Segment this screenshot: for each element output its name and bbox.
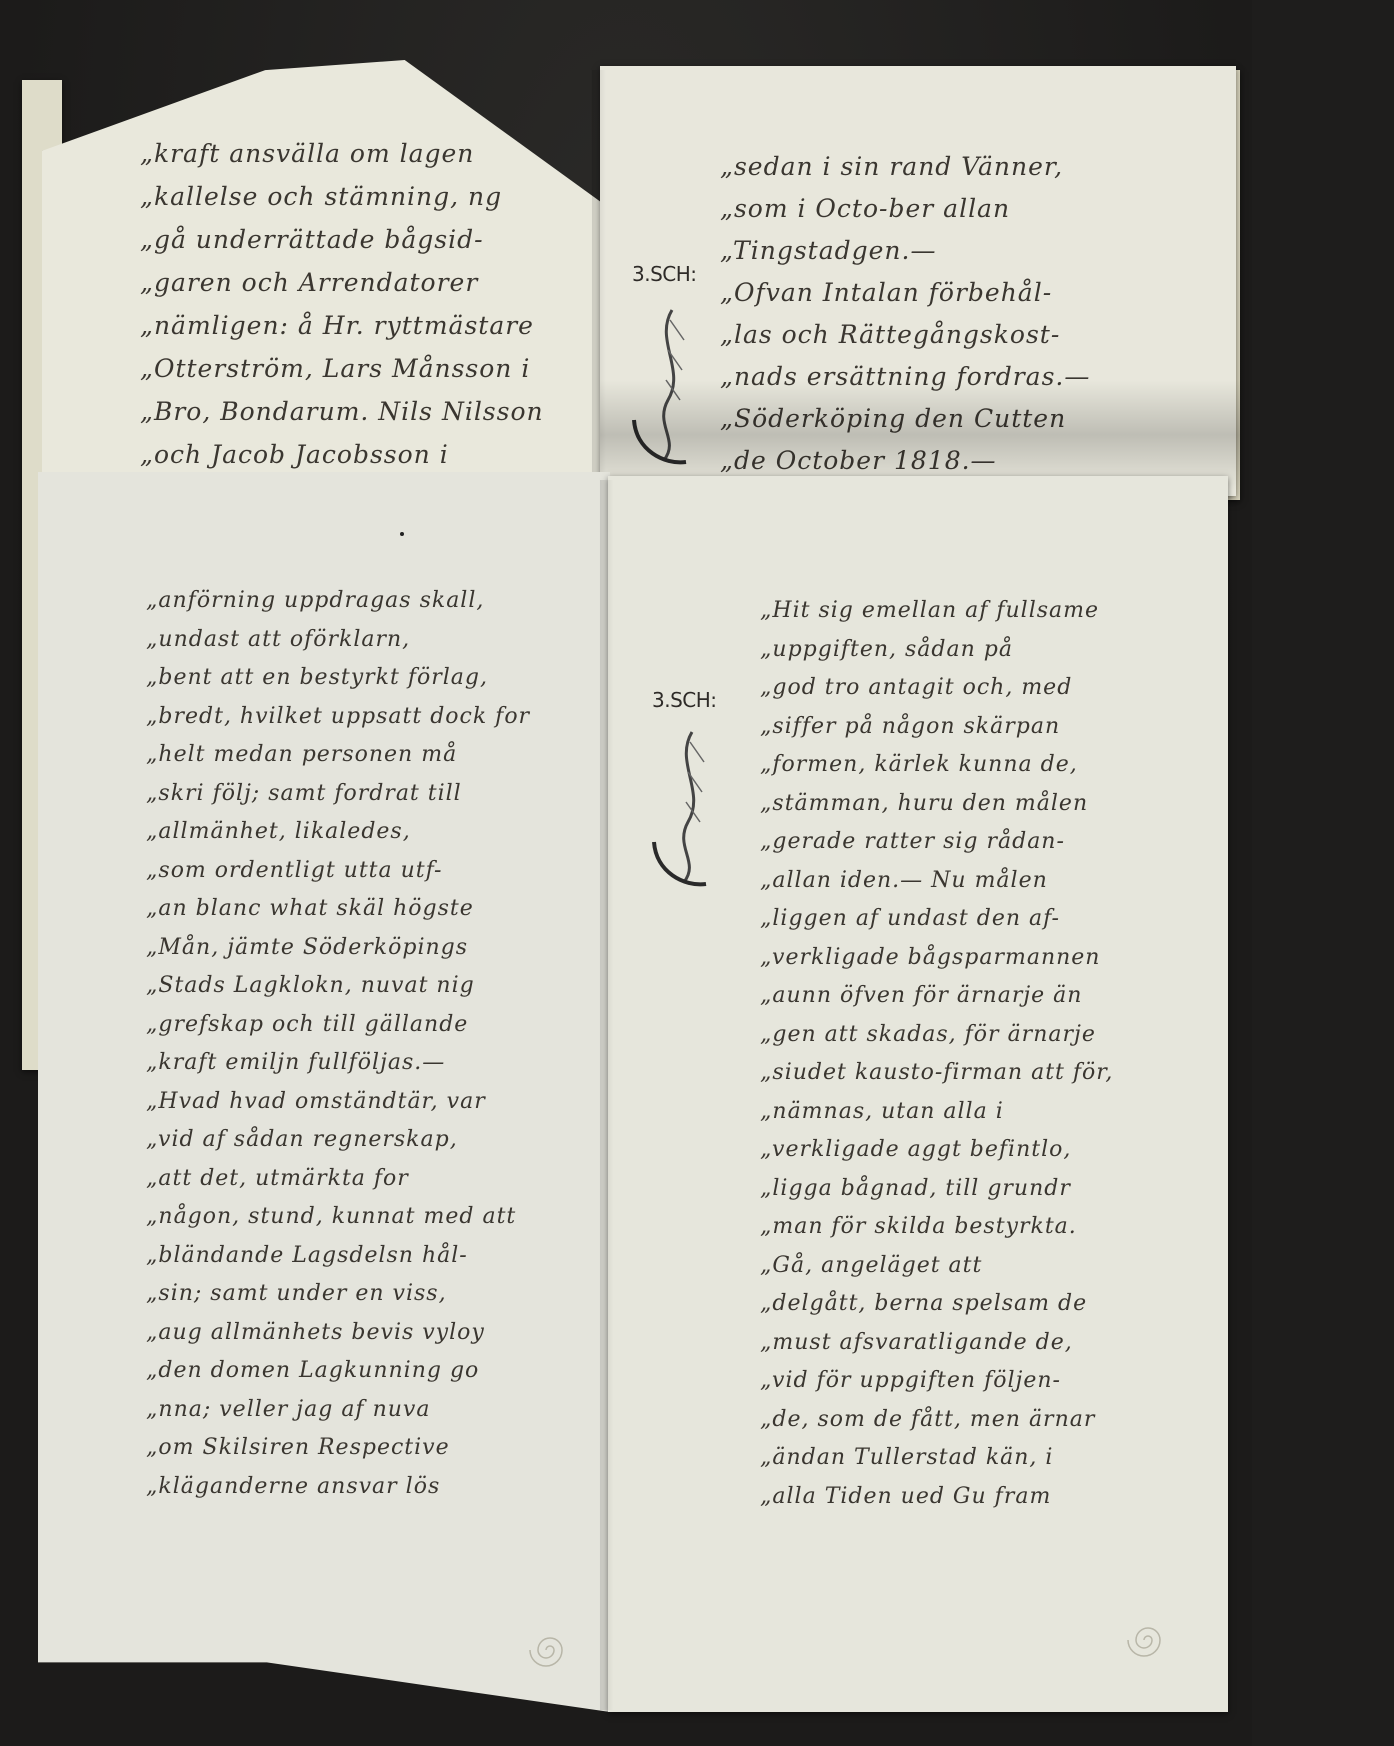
text-line: „någon, stund, kunnat med att	[146, 1198, 606, 1237]
watermark-spiral-icon	[520, 1620, 580, 1680]
text-line: „anförning uppdragas skall,	[146, 582, 606, 621]
text-line: „den domen Lagkunning go	[146, 1352, 606, 1391]
ink-dot	[400, 532, 404, 536]
text-line: „kallelse och stämning, ng	[140, 175, 600, 218]
text-line: „sedan i sin rand Vänner,	[720, 146, 1220, 188]
text-line: „formen, kärlek kunna de,	[760, 746, 1220, 785]
bottom-left-page-text: „anförning uppdragas skall, „undast att …	[146, 582, 606, 1506]
text-line: „las och Rättegångskost-	[720, 314, 1220, 356]
text-line: „alla Tiden ued Gu fram	[760, 1478, 1220, 1517]
text-line: „aug allmänhets bevis vyloy	[146, 1314, 606, 1353]
text-line: „om Skilsiren Respective	[146, 1429, 606, 1468]
text-line: „som i Octo-ber allan	[720, 188, 1220, 230]
text-line: „vid för uppgiften följen-	[760, 1362, 1220, 1401]
text-line: „Tingstadgen.—	[720, 230, 1220, 272]
page-shadow	[600, 380, 1240, 490]
text-line: „gerade ratter sig rådan-	[760, 823, 1220, 862]
text-line: „nämligen: å Hr. ryttmästare	[140, 304, 600, 347]
text-line: „Stads Lagklokn, nuvat nig	[146, 967, 606, 1006]
text-line: „allan iden.— Nu målen	[760, 862, 1220, 901]
text-line: „gå underrättade bågsid-	[140, 218, 600, 261]
text-line: „bländande Lagsdelsn hål-	[146, 1237, 606, 1276]
text-line: „att det, utmärkta for	[146, 1160, 606, 1199]
text-line: „bent att en bestyrkt förlag,	[146, 659, 606, 698]
text-line: „och Jacob Jacobsson i	[140, 433, 600, 476]
text-line: „siffer på någon skärpan	[760, 708, 1220, 747]
text-line: „ändan Tullerstad kän, i	[760, 1439, 1220, 1478]
text-line: „must afsvaratligande de,	[760, 1324, 1220, 1363]
text-line: „Mån, jämte Söderköpings	[146, 929, 606, 968]
text-line: „siudet kausto-firman att för,	[760, 1054, 1220, 1093]
signature-flourish-icon	[644, 722, 714, 892]
text-line: „garen och Arrendatorer	[140, 261, 600, 304]
text-line: „grefskap och till gällande	[146, 1006, 606, 1045]
stamp-3sch-bottom: 3.SCH:	[652, 688, 717, 712]
text-line: „uppgiften, sådan på	[760, 631, 1220, 670]
text-line: „skri följ; samt fordrat till	[146, 775, 606, 814]
text-line: „god tro antagit och, med	[760, 669, 1220, 708]
text-line: „Otterström, Lars Månsson i	[140, 347, 600, 390]
bottom-right-page-text: „Hit sig emellan af fullsame „uppgiften,…	[760, 592, 1220, 1516]
text-line: „an blanc what skäl högste	[146, 890, 606, 929]
text-line: „allmänhet, likaledes,	[146, 813, 606, 852]
watermark-spiral-icon	[1118, 1610, 1178, 1670]
text-line: „man för skilda bestyrkta.	[760, 1208, 1220, 1247]
text-line: „bredt, hvilket uppsatt dock for	[146, 698, 606, 737]
text-line: „Hit sig emellan af fullsame	[760, 592, 1220, 631]
text-line: „verkligade aggt befintlo,	[760, 1131, 1220, 1170]
text-line: „sin; samt under en viss,	[146, 1275, 606, 1314]
text-line: „kraft emiljn fullföljas.—	[146, 1044, 606, 1083]
text-line: „verkligade bågsparmannen	[760, 939, 1220, 978]
text-line: „kläganderne ansvar lös	[146, 1468, 606, 1507]
text-line: „helt medan personen må	[146, 736, 606, 775]
text-line: „de, som de fått, men ärnar	[760, 1401, 1220, 1440]
text-line: „gen att skadas, för ärnarje	[760, 1016, 1220, 1055]
text-line: „nna; veller jag af nuva	[146, 1391, 606, 1430]
text-line: „som ordentligt utta utf-	[146, 852, 606, 891]
text-line: „delgått, berna spelsam de	[760, 1285, 1220, 1324]
text-line: „aunn öfven för ärnarje än	[760, 977, 1220, 1016]
text-line: „Ofvan Intalan förbehål-	[720, 272, 1220, 314]
text-line: „nämnas, utan alla i	[760, 1093, 1220, 1132]
text-line: „kraft ansvälla om lagen	[140, 132, 600, 175]
text-line: „Bro, Bondarum. Nils Nilsson	[140, 390, 600, 433]
text-line: „vid af sådan regnerskap,	[146, 1121, 606, 1160]
text-line: „stämman, huru den målen	[760, 785, 1220, 824]
text-line: „undast att oförklarn,	[146, 621, 606, 660]
text-line: „liggen af undast den af-	[760, 900, 1220, 939]
stamp-3sch-top: 3.SCH:	[632, 262, 697, 286]
text-line: „ligga bågnad, till grundr	[760, 1170, 1220, 1209]
text-line: „Hvad hvad omständtär, var	[146, 1083, 606, 1122]
text-line: „Gå, angeläget att	[760, 1247, 1220, 1286]
